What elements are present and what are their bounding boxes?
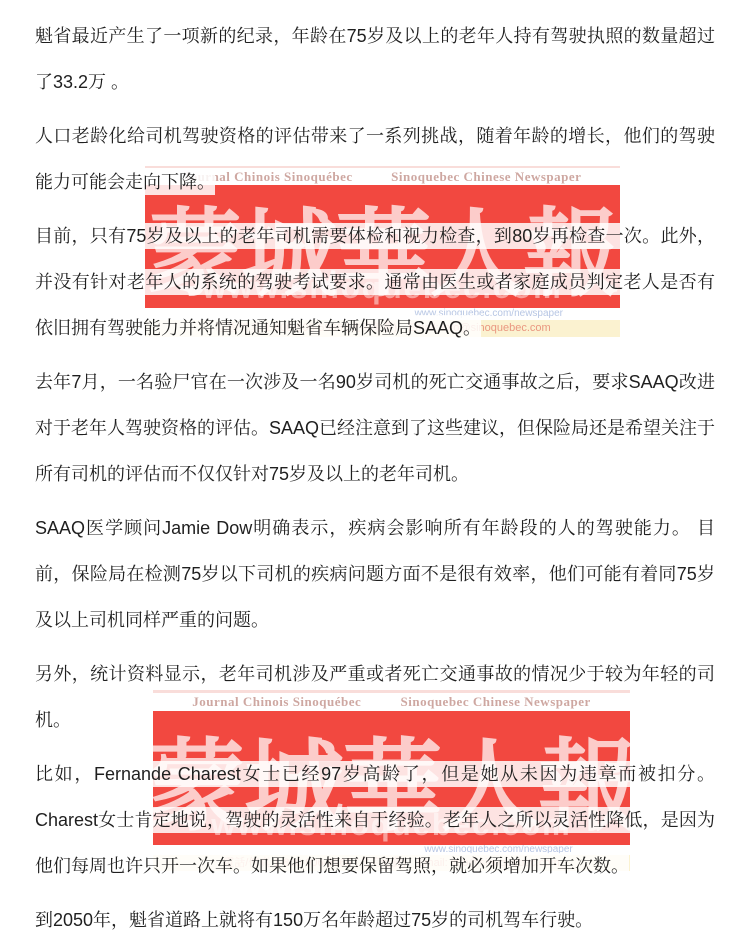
paragraph-text: 到2050年，魁省道路上就将有150万名年龄超过75岁的司机驾车行驶。 <box>35 907 593 933</box>
paragraph-text: SAAQ医学顾问Jamie Dow明确表示，疾病会影响所有年龄段的人的驾驶能力。… <box>35 515 715 633</box>
article-paragraph: 去年7月，一名验尸官在一次涉及一名90岁司机的死亡交通事故之后，要求SAAQ改进… <box>35 359 715 497</box>
paragraph-text: 目前，只有75岁及以上的老年司机需要体检和视力检查，到80岁再检查一次。此外，并… <box>35 223 715 341</box>
paragraph-text: 比如，Fernande Charest女士已经97岁高龄了，但是她从未因为违章而… <box>35 761 715 879</box>
article-paragraph: 比如，Fernande Charest女士已经97岁高龄了，但是她从未因为违章而… <box>35 751 715 889</box>
paragraph-text: 另外，统计资料显示，老年司机涉及严重或者死亡交通事故的情况少于较为年轻的司机。 <box>35 661 715 733</box>
article-paragraph: 目前，只有75岁及以上的老年司机需要体检和视力检查，到80岁再检查一次。此外，并… <box>35 213 715 351</box>
article-body: 魁省最近产生了一项新的纪录，年龄在75岁及以上的老年人持有驾驶执照的数量超过了3… <box>0 0 749 943</box>
article-paragraph: 人口老龄化给司机驾驶资格的评估带来了一系列挑战，随着年龄的增长，他们的驾驶能力可… <box>35 113 715 205</box>
article-paragraph: SAAQ医学顾问Jamie Dow明确表示，疾病会影响所有年龄段的人的驾驶能力。… <box>35 505 715 643</box>
article-paragraph: 魁省最近产生了一项新的纪录，年龄在75岁及以上的老年人持有驾驶执照的数量超过了3… <box>35 13 715 105</box>
paragraph-text: 去年7月，一名验尸官在一次涉及一名90岁司机的死亡交通事故之后，要求SAAQ改进… <box>35 369 715 487</box>
article-paragraph: 到2050年，魁省道路上就将有150万名年龄超过75岁的司机驾车行驶。 <box>35 897 715 943</box>
paragraph-text: 人口老龄化给司机驾驶资格的评估带来了一系列挑战，随着年龄的增长，他们的驾驶能力可… <box>35 123 715 195</box>
article-page: Journal Chinois Sinoquébec Sinoquebec Ch… <box>0 0 749 949</box>
article-paragraph: 另外，统计资料显示，老年司机涉及严重或者死亡交通事故的情况少于较为年轻的司机。 <box>35 651 715 743</box>
paragraph-text: 魁省最近产生了一项新的纪录，年龄在75岁及以上的老年人持有驾驶执照的数量超过了3… <box>35 23 715 95</box>
